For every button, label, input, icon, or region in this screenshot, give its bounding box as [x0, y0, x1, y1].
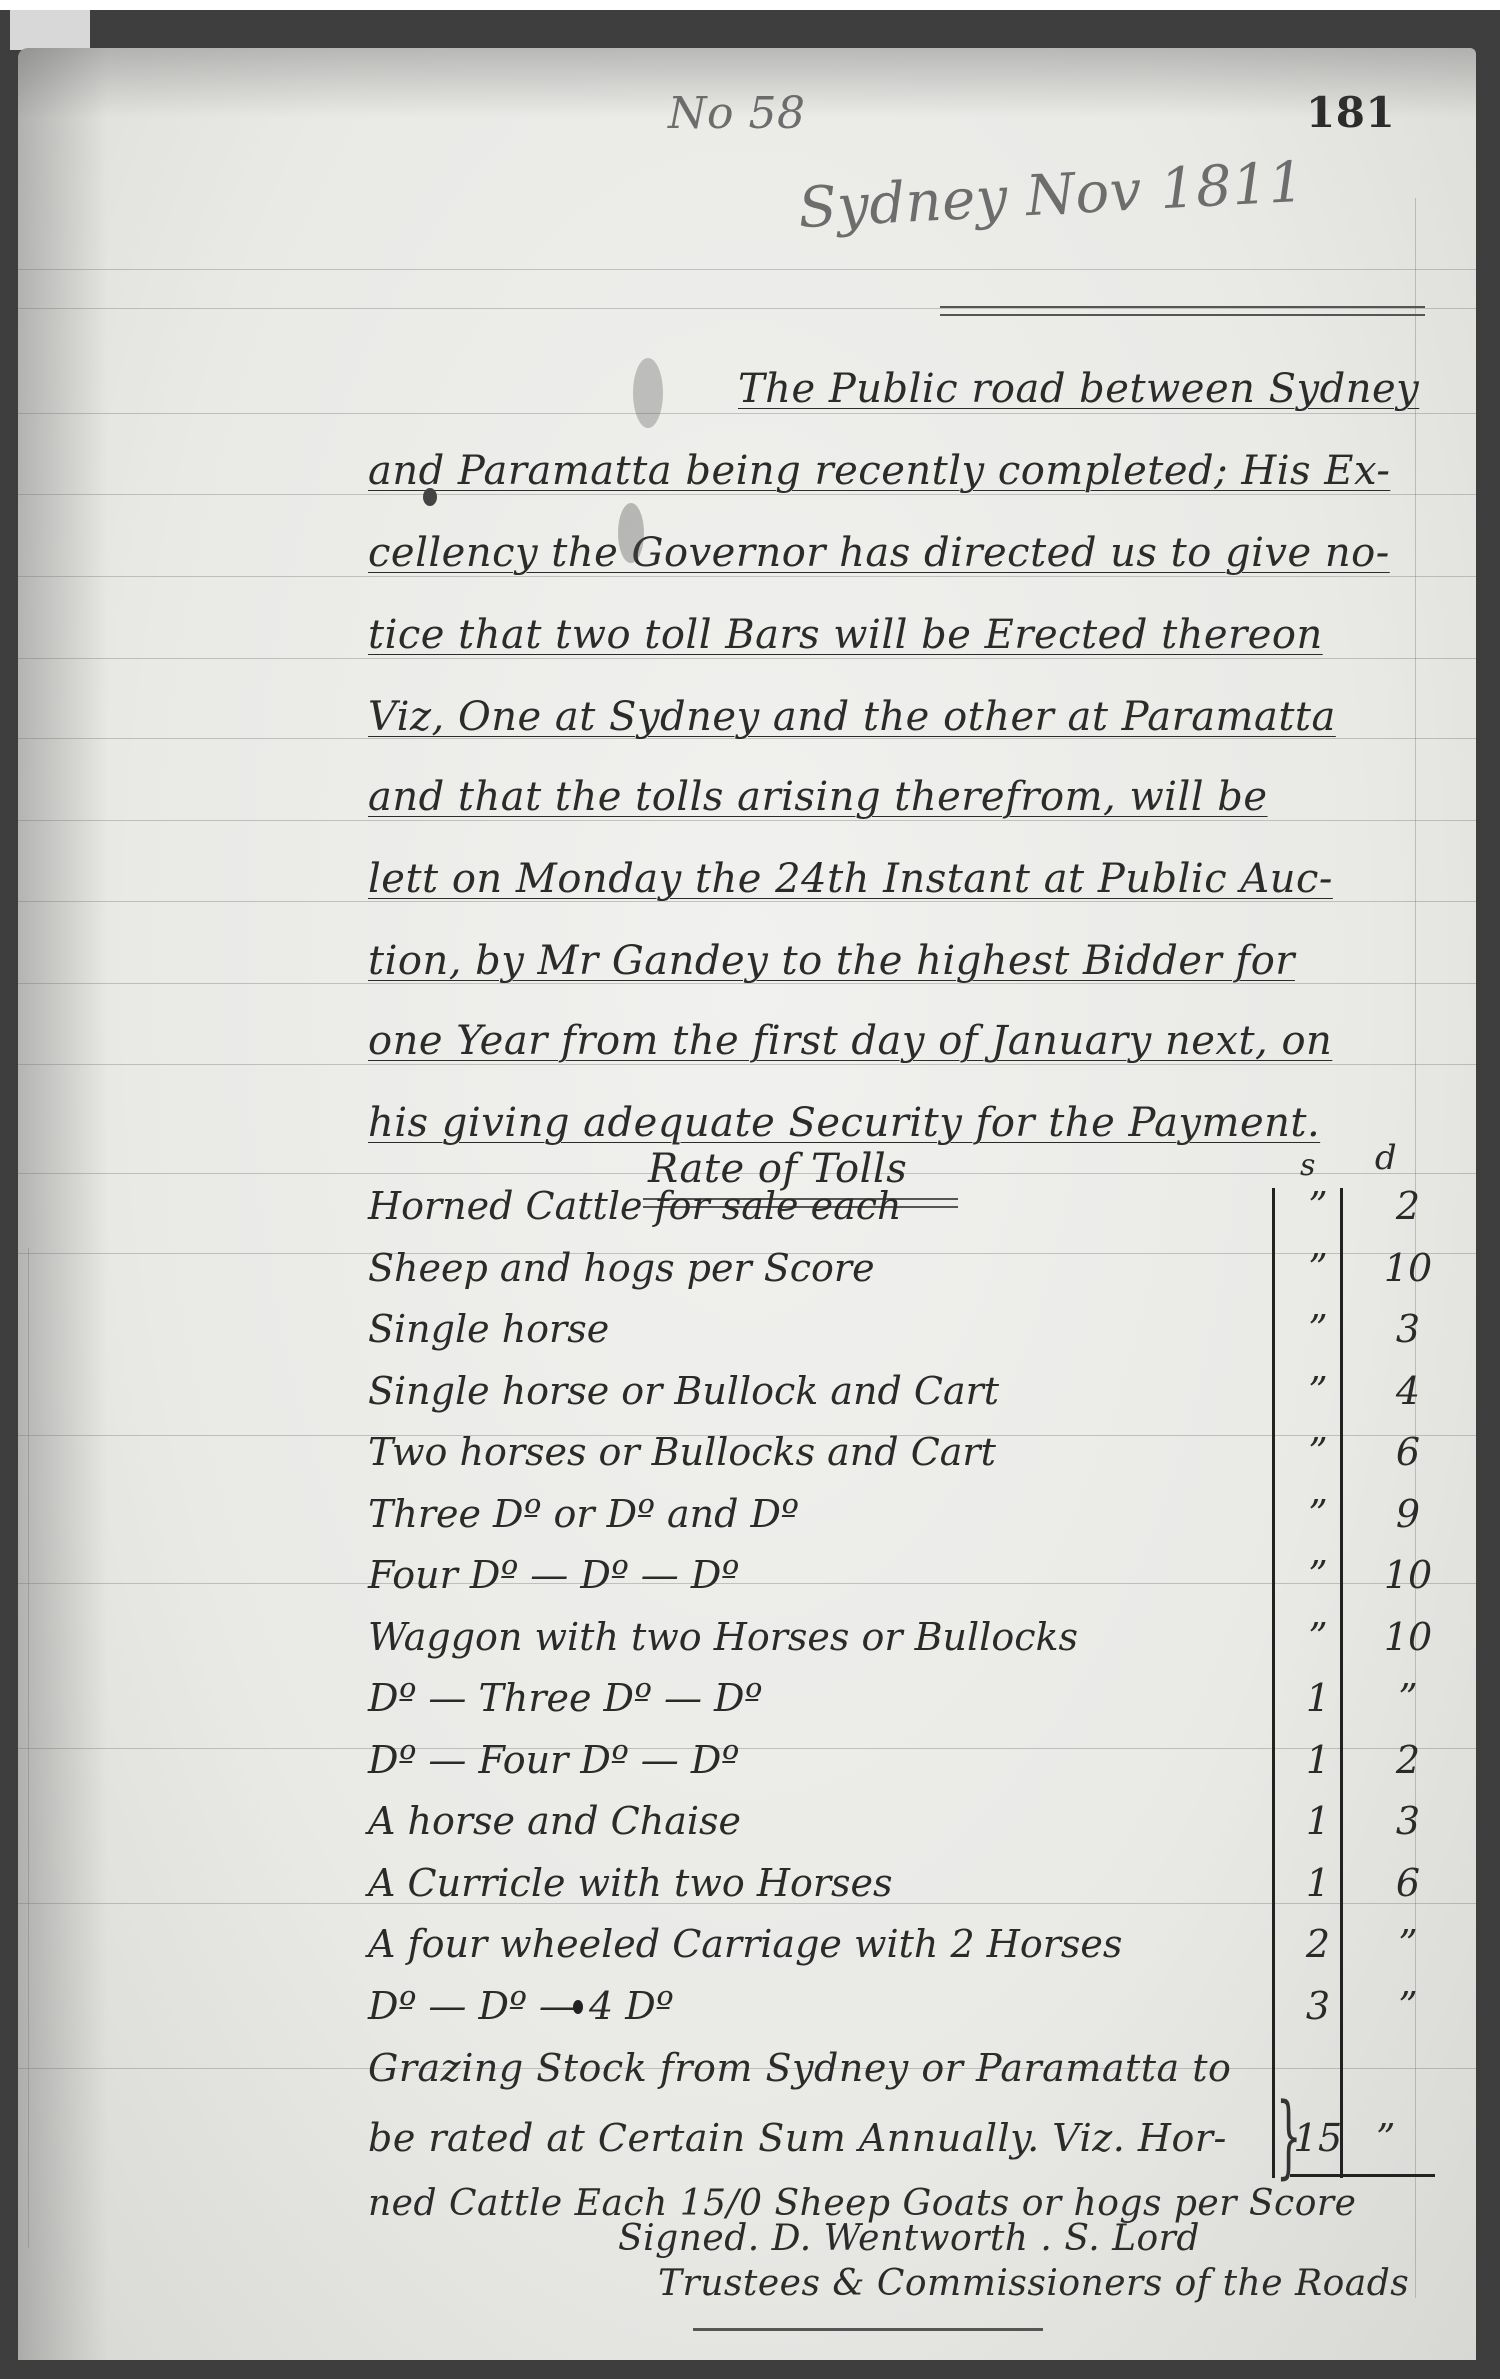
body-line-7: lett on Monday the 24th Instant at Publi… — [368, 856, 1333, 902]
toll-row: Three Dº or Dº and Dº”9 — [368, 1492, 1468, 1552]
entry-number: No 58 — [668, 88, 805, 139]
body-line-6: and that the tolls arising therefrom, wi… — [368, 774, 1268, 820]
toll-shillings: 1 — [1298, 1738, 1338, 1782]
signature-line: Signed. D. Wentworth . S. Lord — [618, 2218, 1200, 2259]
body-line-2: and Paramatta being recently completed; … — [368, 448, 1390, 494]
toll-shillings: ” — [1298, 1307, 1338, 1351]
toll-item: A horse and Chaise — [368, 1799, 741, 1843]
body-line-3: cellency the Governor has directed us to… — [368, 530, 1390, 576]
toll-shillings: ” — [1298, 1615, 1338, 1659]
toll-item: Waggon with two Horses or Bullocks — [368, 1615, 1078, 1659]
grazing-line-1: Grazing Stock from Sydney or Paramatta t… — [368, 2046, 1231, 2090]
ink-blot — [573, 2000, 583, 2014]
table-bottom-rule — [1290, 2174, 1435, 2177]
ledger-rule — [18, 1064, 1476, 1065]
toll-item: Three Dº or Dº and Dº — [368, 1492, 799, 1536]
toll-pence: 6 — [1378, 1430, 1438, 1474]
toll-row: Sheep and hogs per Score”10 — [368, 1246, 1468, 1306]
toll-row: Dº — Three Dº — Dº1” — [368, 1676, 1468, 1736]
toll-item: Single horse or Bullock and Cart — [368, 1369, 999, 1413]
toll-pence: ” — [1378, 1922, 1438, 1966]
signature-rule — [693, 2328, 1043, 2331]
toll-item: Sheep and hogs per Score — [368, 1246, 875, 1290]
header-double-rule — [940, 306, 1425, 316]
toll-row: Two horses or Bullocks and Cart”6 — [368, 1430, 1468, 1490]
toll-item: Four Dº — Dº — Dº — [368, 1553, 739, 1597]
ink-smudge — [618, 503, 644, 563]
ledger-rule — [18, 413, 1476, 414]
toll-pence: 10 — [1378, 1246, 1438, 1290]
ledger-rule — [18, 820, 1476, 821]
toll-pence: 2 — [1378, 1738, 1438, 1782]
body-line-9: one Year from the first day of January n… — [368, 1018, 1332, 1064]
toll-shillings: ” — [1298, 1369, 1338, 1413]
toll-row: Single horse”3 — [368, 1307, 1468, 1367]
toll-row: Four Dº — Dº — Dº”10 — [368, 1553, 1468, 1613]
toll-shillings: ” — [1298, 1553, 1338, 1597]
toll-shillings: ” — [1298, 1246, 1338, 1290]
toll-item: Horned Cattle for sale each — [368, 1184, 902, 1228]
toll-shillings: 1 — [1298, 1861, 1338, 1905]
toll-shillings: 1 — [1298, 1799, 1338, 1843]
toll-item: A Curricle with two Horses — [368, 1861, 893, 1905]
toll-row: A Curricle with two Horses16 — [368, 1861, 1468, 1921]
toll-shillings: ” — [1298, 1184, 1338, 1228]
body-line-8: tion, by Mr Gandey to the highest Bidder… — [368, 938, 1295, 984]
toll-row: Single horse or Bullock and Cart”4 — [368, 1369, 1468, 1429]
toll-pence: 9 — [1378, 1492, 1438, 1536]
signature-title: Trustees & Commissioners of the Roads — [658, 2263, 1409, 2304]
toll-row: A four wheeled Carriage with 2 Horses2” — [368, 1922, 1468, 1982]
dateline: Sydney Nov 1811 — [797, 150, 1306, 241]
toll-item: Dº — Dº — 4 Dº — [368, 1984, 674, 2028]
body-line-5: Viz, One at Sydney and the other at Para… — [368, 694, 1336, 740]
toll-shillings: 2 — [1298, 1922, 1338, 1966]
folio-number: 181 — [1306, 88, 1395, 137]
body-line-4: tice that two toll Bars will be Erected … — [368, 612, 1323, 658]
grazing-pence: ” — [1356, 2116, 1416, 2160]
ledger-rule — [18, 658, 1476, 659]
toll-shillings: ” — [1298, 1430, 1338, 1474]
toll-item: Dº — Four Dº — Dº — [368, 1738, 739, 1782]
ledger-rule — [18, 576, 1476, 577]
body-line-1: The Public road between Sydney — [738, 366, 1419, 412]
margin-rule — [28, 1248, 29, 2248]
ledger-rule — [18, 269, 1476, 270]
toll-row: Dº — Dº — 4 Dº3” — [368, 1984, 1468, 2044]
toll-item: Dº — Three Dº — Dº — [368, 1676, 762, 1720]
toll-pence: 3 — [1378, 1799, 1438, 1843]
toll-row: Dº — Four Dº — Dº12 — [368, 1738, 1468, 1798]
toll-shillings: ” — [1298, 1492, 1338, 1536]
toll-row: Waggon with two Horses or Bullocks”10 — [368, 1615, 1468, 1675]
toll-row: Horned Cattle for sale each”2 — [368, 1184, 1468, 1244]
column-header-pence: d — [1356, 1138, 1416, 1178]
toll-shillings: 3 — [1298, 1984, 1338, 2028]
ink-smudge — [633, 358, 663, 428]
toll-item: Single horse — [368, 1307, 609, 1351]
body-line-10: his giving adequate Security for the Pay… — [368, 1100, 1320, 1146]
toll-pence: 10 — [1378, 1553, 1438, 1597]
grazing-shillings: 15 — [1288, 2116, 1348, 2160]
toll-pence: 10 — [1378, 1615, 1438, 1659]
toll-item: A four wheeled Carriage with 2 Horses — [368, 1922, 1122, 1966]
manuscript-page: No 58 181 Sydney Nov 1811 The Public roa… — [18, 48, 1476, 2360]
toll-pence: 4 — [1378, 1369, 1438, 1413]
ink-blot — [423, 488, 437, 506]
scan-corner-tab — [10, 10, 90, 50]
toll-pence: ” — [1378, 1984, 1438, 2028]
ledger-rule — [18, 494, 1476, 495]
toll-pence: 6 — [1378, 1861, 1438, 1905]
grazing-line-2: be rated at Certain Sum Annually. Viz. H… — [368, 2116, 1227, 2160]
toll-shillings: 1 — [1298, 1676, 1338, 1720]
toll-row: A horse and Chaise13 — [368, 1799, 1468, 1859]
toll-pence: 2 — [1378, 1184, 1438, 1228]
toll-pence: 3 — [1378, 1307, 1438, 1351]
column-header-shillings: s — [1288, 1148, 1328, 1183]
toll-item: Two horses or Bullocks and Cart — [368, 1430, 996, 1474]
toll-pence: ” — [1378, 1676, 1438, 1720]
